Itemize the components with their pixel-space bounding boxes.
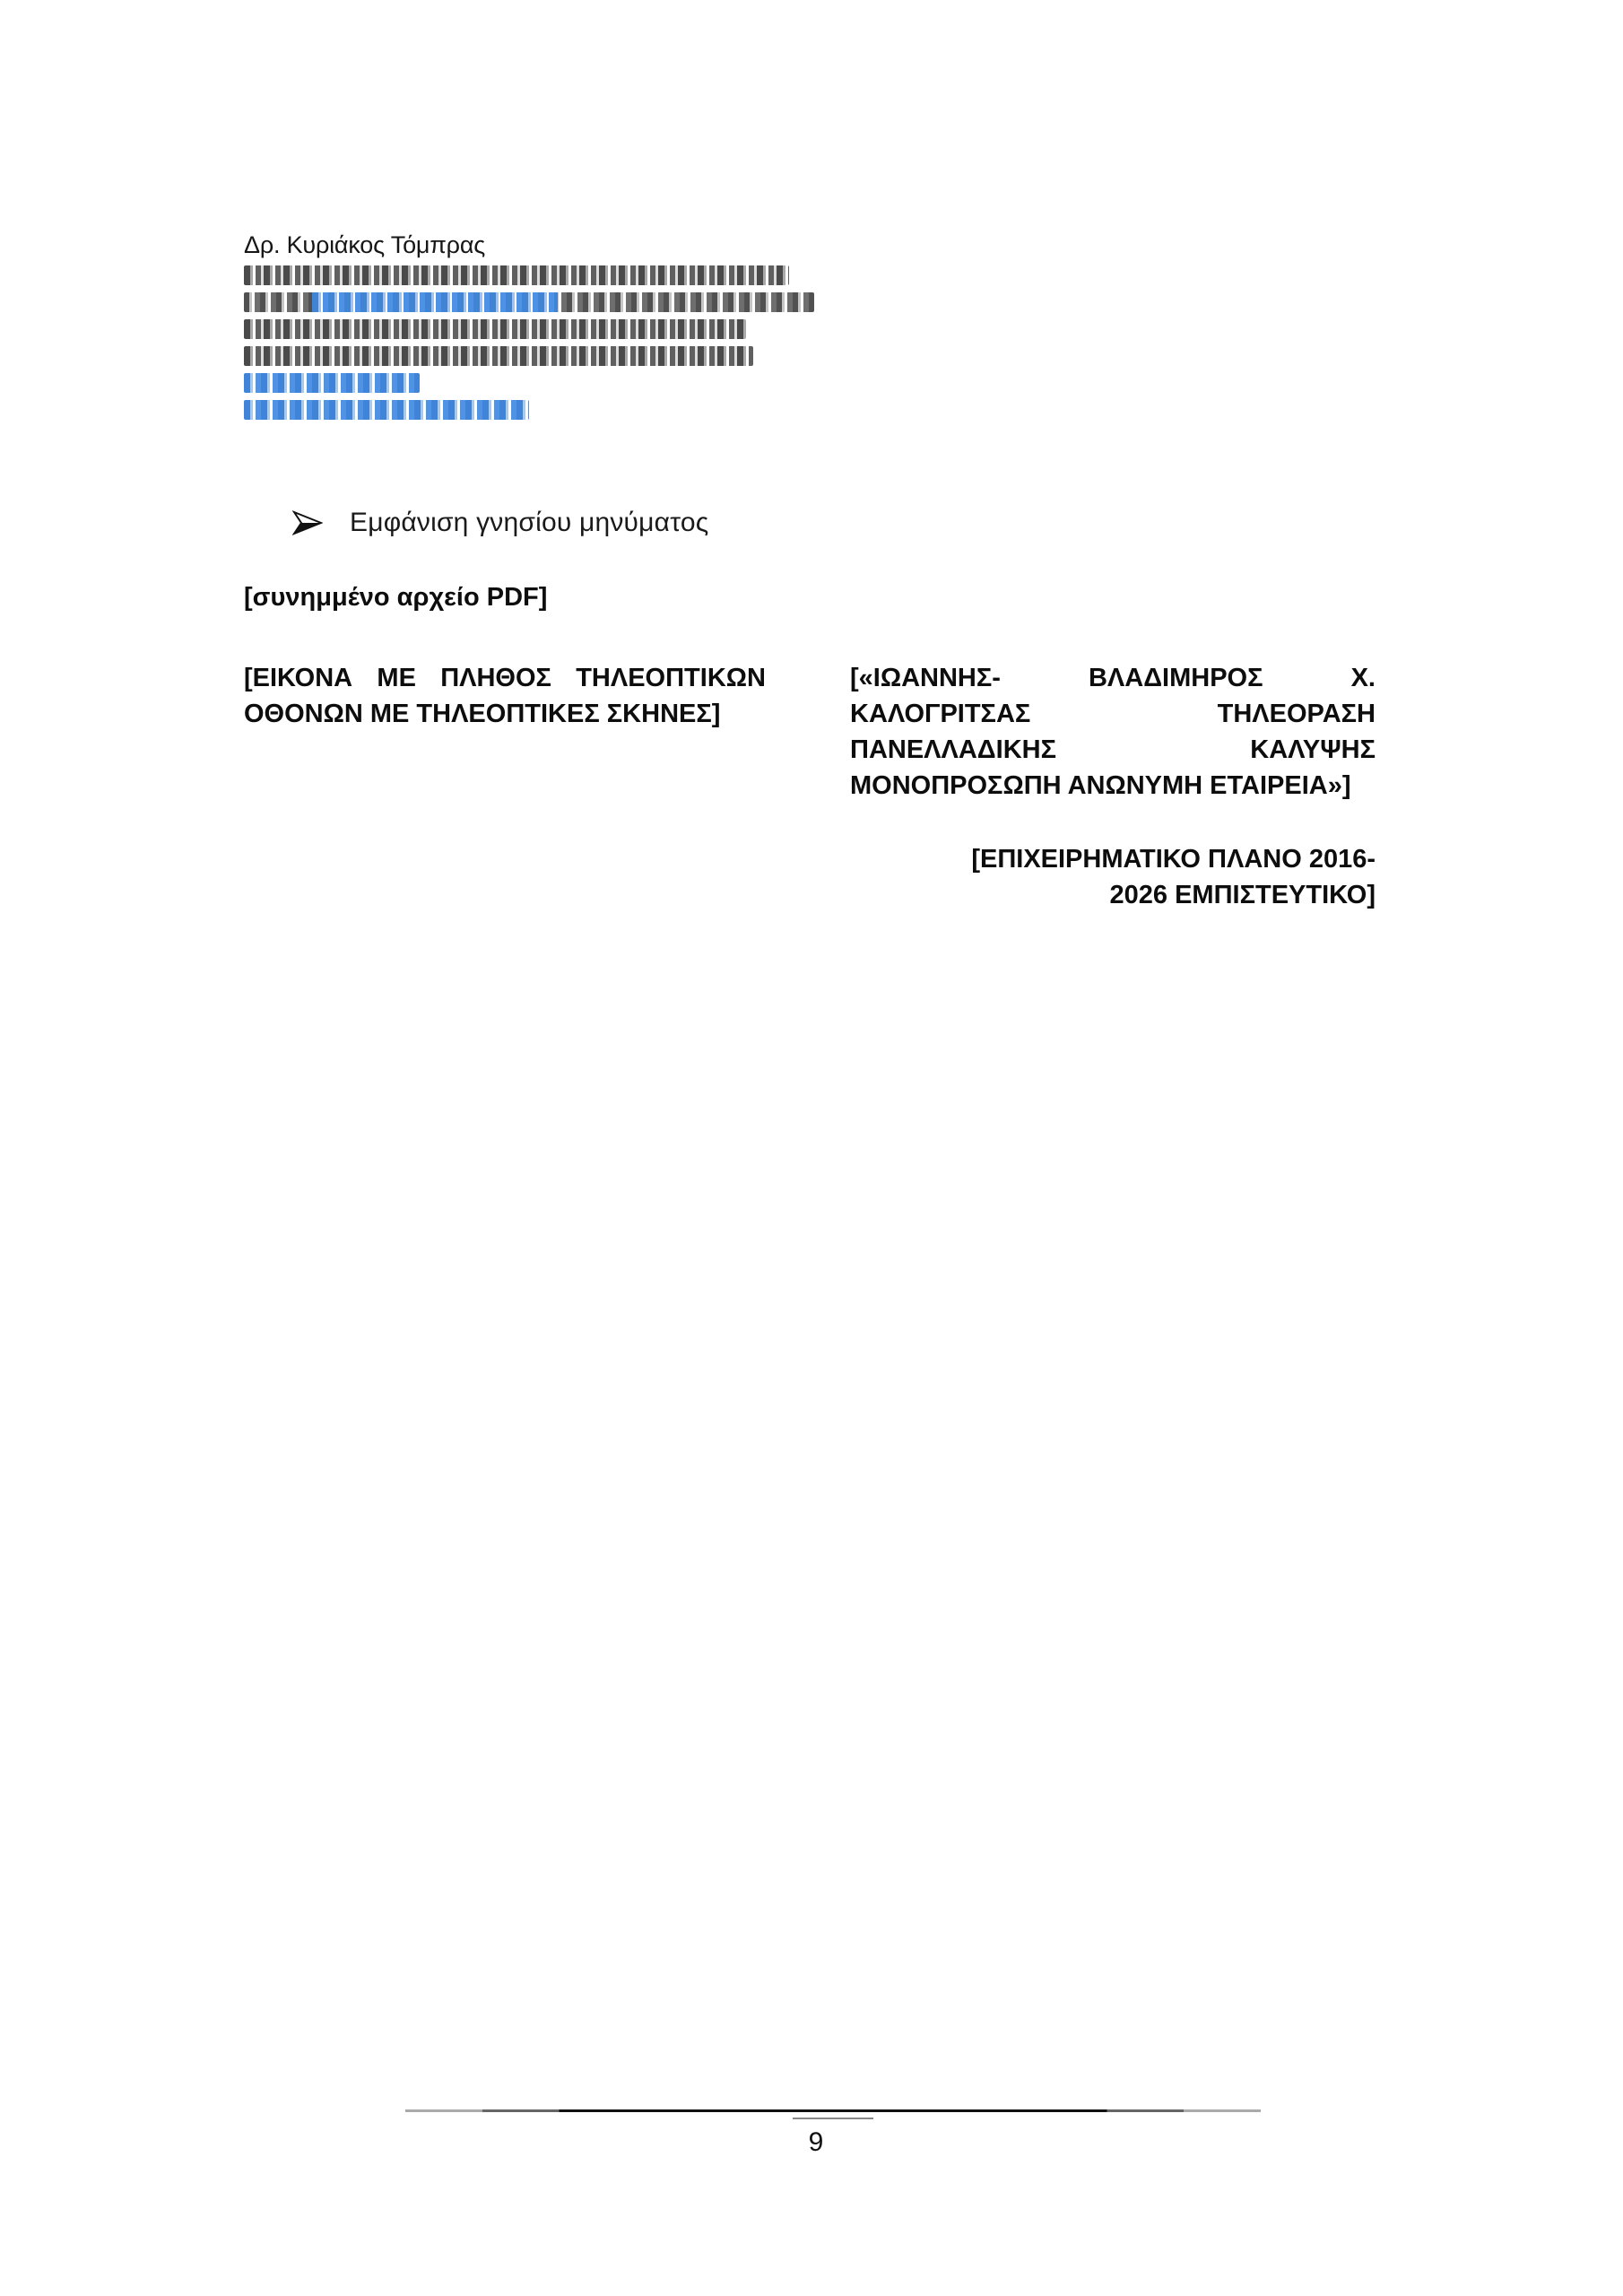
signature-block: Δρ. Κυριάκος Τόμπρας [244,231,872,420]
attachment-label: [συνημμένο αρχείο PDF] [244,583,547,613]
image-placeholder-caption: [ΕΙΚΟΝΑΜΕΠΛΗΘΟΣΤΗΛΕΟΠΤΙΚΩΝ ΟΘΟΝΩΝ ΜΕ ΤΗΛ… [244,660,766,732]
signature-name: Δρ. Κυριάκος Τόμπρας [244,231,872,258]
plan-line-1: [ΕΠΙΧΕΙΡΗΜΑΤΙΚΟ ΠΛΑΝΟ 2016- [897,841,1376,877]
redacted-line [244,319,746,339]
company-word: ΚΑΛΥΨΗΣ [1250,732,1376,768]
company-name-block: [«ΙΩΑΝΝΗΣ- ΒΛΑΔΙΜΗΡΟΣ Χ. ΚΑΛΟΓΡΙΤΣΑΣ ΤΗΛ… [850,660,1376,804]
redacted-link [244,400,529,420]
redacted-line [244,265,789,285]
company-line-2: ΚΑΛΟΓΡΙΤΣΑΣ ΤΗΛΕΟΡΑΣΗ [850,696,1376,732]
caption-word: ΤΗΛΕΟΠΤΙΚΩΝ [576,660,766,696]
document-page: Δρ. Κυριάκος Τόμπρας Εμφάνιση γνησίου μη… [0,0,1623,2296]
page-number: 9 [789,2127,843,2158]
plan-line-2: 2026 ΕΜΠΙΣΤΕΥΤΙΚΟ] [897,877,1376,913]
company-word: ΠΑΝΕΛΛΑΔΙΚΗΣ [850,732,1056,768]
caption-word: ΠΛΗΘΟΣ [440,660,551,696]
company-word: Χ. [1351,660,1376,696]
bullet-item: Εμφάνιση γνησίου μηνύματος [292,508,708,538]
redacted-line [244,292,814,312]
caption-line-2: ΟΘΟΝΩΝ ΜΕ ΤΗΛΕΟΠΤΙΚΕΣ ΣΚΗΝΕΣ] [244,696,766,732]
caption-line-1: [ΕΙΚΟΝΑΜΕΠΛΗΘΟΣΤΗΛΕΟΠΤΙΚΩΝ [244,660,766,696]
company-line-4: ΜΟΝΟΠΡΟΣΩΠΗ ΑΝΩΝΥΜΗ ΕΤΑΙΡΕΙΑ»] [850,768,1376,804]
caption-word: [ΕΙΚΟΝΑ [244,660,352,696]
company-line-1: [«ΙΩΑΝΝΗΣ- ΒΛΑΔΙΜΗΡΟΣ Χ. [850,660,1376,696]
company-word: ΚΑΛΟΓΡΙΤΣΑΣ [850,696,1030,732]
page-number-rule [793,2118,873,2119]
footer-divider [405,2109,1261,2112]
arrowhead-bullet-icon [292,510,323,535]
company-word: ΒΛΑΔΙΜΗΡΟΣ [1089,660,1263,696]
company-line-3: ΠΑΝΕΛΛΑΔΙΚΗΣ ΚΑΛΥΨΗΣ [850,732,1376,768]
company-word: ΤΗΛΕΟΡΑΣΗ [1218,696,1376,732]
redacted-line [244,346,753,366]
caption-word: ΜΕ [377,660,416,696]
company-word: [«ΙΩΑΝΝΗΣ- [850,660,1001,696]
bullet-text: Εμφάνιση γνησίου μηνύματος [350,508,708,538]
redacted-link [244,373,420,393]
business-plan-label: [ΕΠΙΧΕΙΡΗΜΑΤΙΚΟ ΠΛΑΝΟ 2016- 2026 ΕΜΠΙΣΤΕ… [897,841,1376,913]
